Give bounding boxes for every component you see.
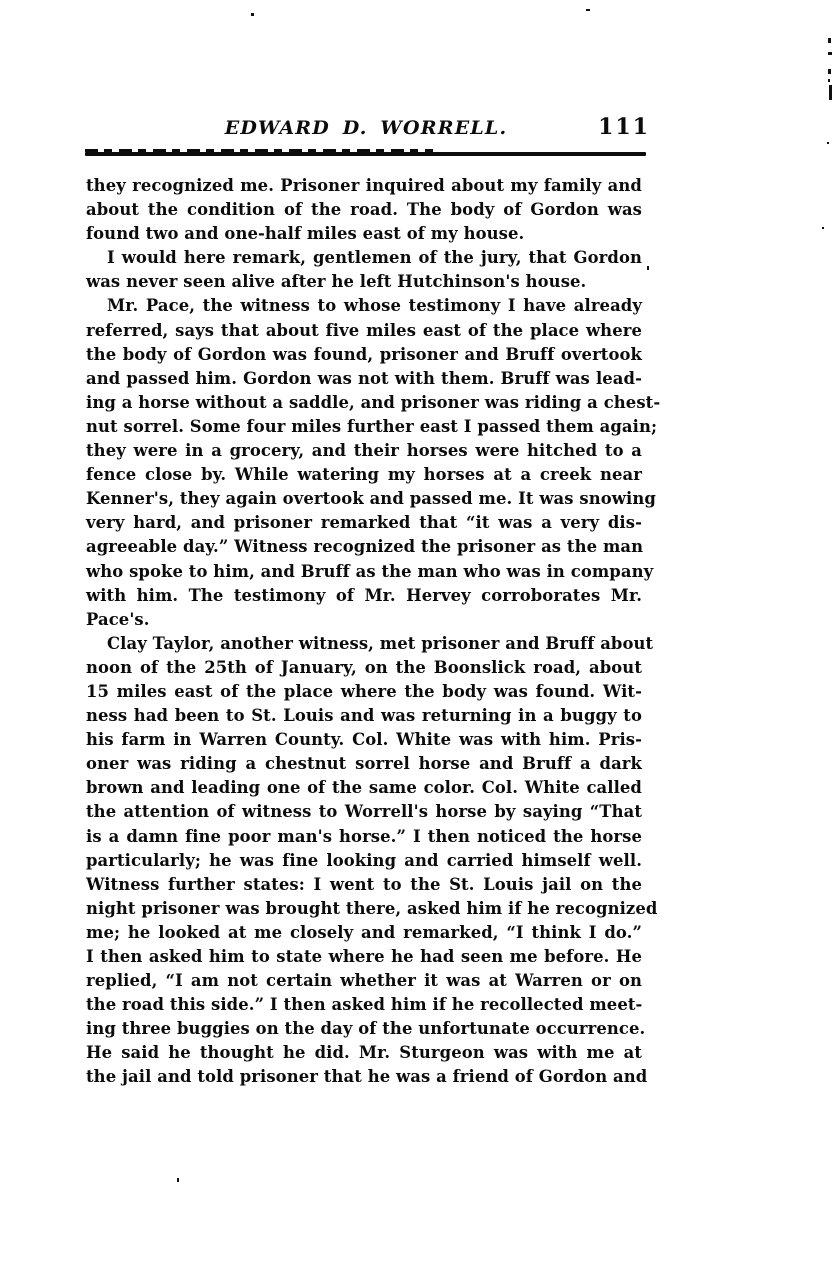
text-line: found two and one-half miles east of my …: [86, 222, 642, 246]
text-line: they recognized me. Prisoner inquired ab…: [86, 174, 642, 198]
text-line: they were in a grocery, and their horses…: [86, 439, 642, 463]
text-line: the body of Gordon was found, prisoner a…: [86, 343, 642, 367]
text-line: me; he looked at me closely and remarked…: [86, 921, 642, 945]
text-line: and passed him. Gordon was not with them…: [86, 367, 642, 391]
text-line: 15 miles east of the place where the bod…: [86, 680, 642, 704]
text-line: fence close by. While watering my horses…: [86, 463, 642, 487]
text-line: He said he thought he did. Mr. Sturgeon …: [86, 1041, 642, 1065]
page-edge-mark: [828, 52, 832, 55]
text-line: referred, says that about five miles eas…: [86, 319, 642, 343]
text-line: about the condition of the road. The bod…: [86, 198, 642, 222]
text-line: night prisoner was brought there, asked …: [86, 897, 642, 921]
ink-speck: [177, 1178, 179, 1182]
header-rule: [85, 149, 646, 157]
header-rule-main-line: [85, 152, 646, 156]
page-edge-mark: [829, 85, 832, 100]
text-line: ing three buggies on the day of the unfo…: [86, 1017, 642, 1041]
ink-speck: [586, 9, 590, 11]
text-line: ness had been to St. Louis and was retur…: [86, 704, 642, 728]
text-line: I would here remark, gentlemen of the ju…: [86, 246, 642, 270]
text-line: agreeable day.” Witness recognized the p…: [86, 535, 642, 559]
running-header-title: EDWARD D. WORRELL.: [86, 114, 646, 142]
text-line: oner was riding a chestnut sorrel horse …: [86, 752, 642, 776]
text-line: the jail and told prisoner that he was a…: [86, 1065, 642, 1089]
page-edge-mark: [828, 38, 831, 43]
text-line: replied, “I am not certain whether it wa…: [86, 969, 642, 993]
text-line: who spoke to him, and Bruff as the man w…: [86, 560, 642, 584]
text-line: Kenner's, they again overtook and passed…: [86, 487, 642, 511]
text-line: very hard, and prisoner remarked that “i…: [86, 511, 642, 535]
text-line: the attention of witness to Worrell's ho…: [86, 800, 642, 824]
text-line: is a damn fine poor man's horse.” I then…: [86, 825, 642, 849]
text-line: was never seen alive after he left Hutch…: [86, 270, 642, 294]
text-block: they recognized me. Prisoner inquired ab…: [86, 174, 642, 1090]
text-line: particularly; he was fine looking and ca…: [86, 849, 642, 873]
text-line: with him. The testimony of Mr. Hervey co…: [86, 584, 642, 608]
page-edge-mark: [828, 69, 831, 74]
text-line: Clay Taylor, another witness, met prison…: [86, 632, 642, 656]
text-line: the road this side.” I then asked him if…: [86, 993, 642, 1017]
text-line: Witness further states: I went to the St…: [86, 873, 642, 897]
page-edge-mark: [828, 79, 830, 82]
ink-speck: [647, 266, 649, 270]
page-edge-mark: [827, 142, 829, 144]
text-line: his farm in Warren County. Col. White wa…: [86, 728, 642, 752]
text-line: Mr. Pace, the witness to whose testimony…: [86, 294, 642, 318]
text-line: ing a horse without a saddle, and prison…: [86, 391, 642, 415]
text-line: brown and leading one of the same color.…: [86, 776, 642, 800]
ink-speck: [822, 227, 824, 229]
text-line: noon of the 25th of January, on the Boon…: [86, 656, 642, 680]
ink-speck: [251, 13, 254, 16]
book-page: EDWARD D. WORRELL. 111 they recognized m…: [0, 0, 836, 1284]
text-line: I then asked him to state where he had s…: [86, 945, 642, 969]
page-number: 111: [598, 112, 650, 142]
text-line: Pace's.: [86, 608, 642, 632]
text-line: nut sorrel. Some four miles further east…: [86, 415, 642, 439]
running-header: EDWARD D. WORRELL. 111: [86, 114, 646, 142]
ink-speck: [229, 150, 232, 152]
